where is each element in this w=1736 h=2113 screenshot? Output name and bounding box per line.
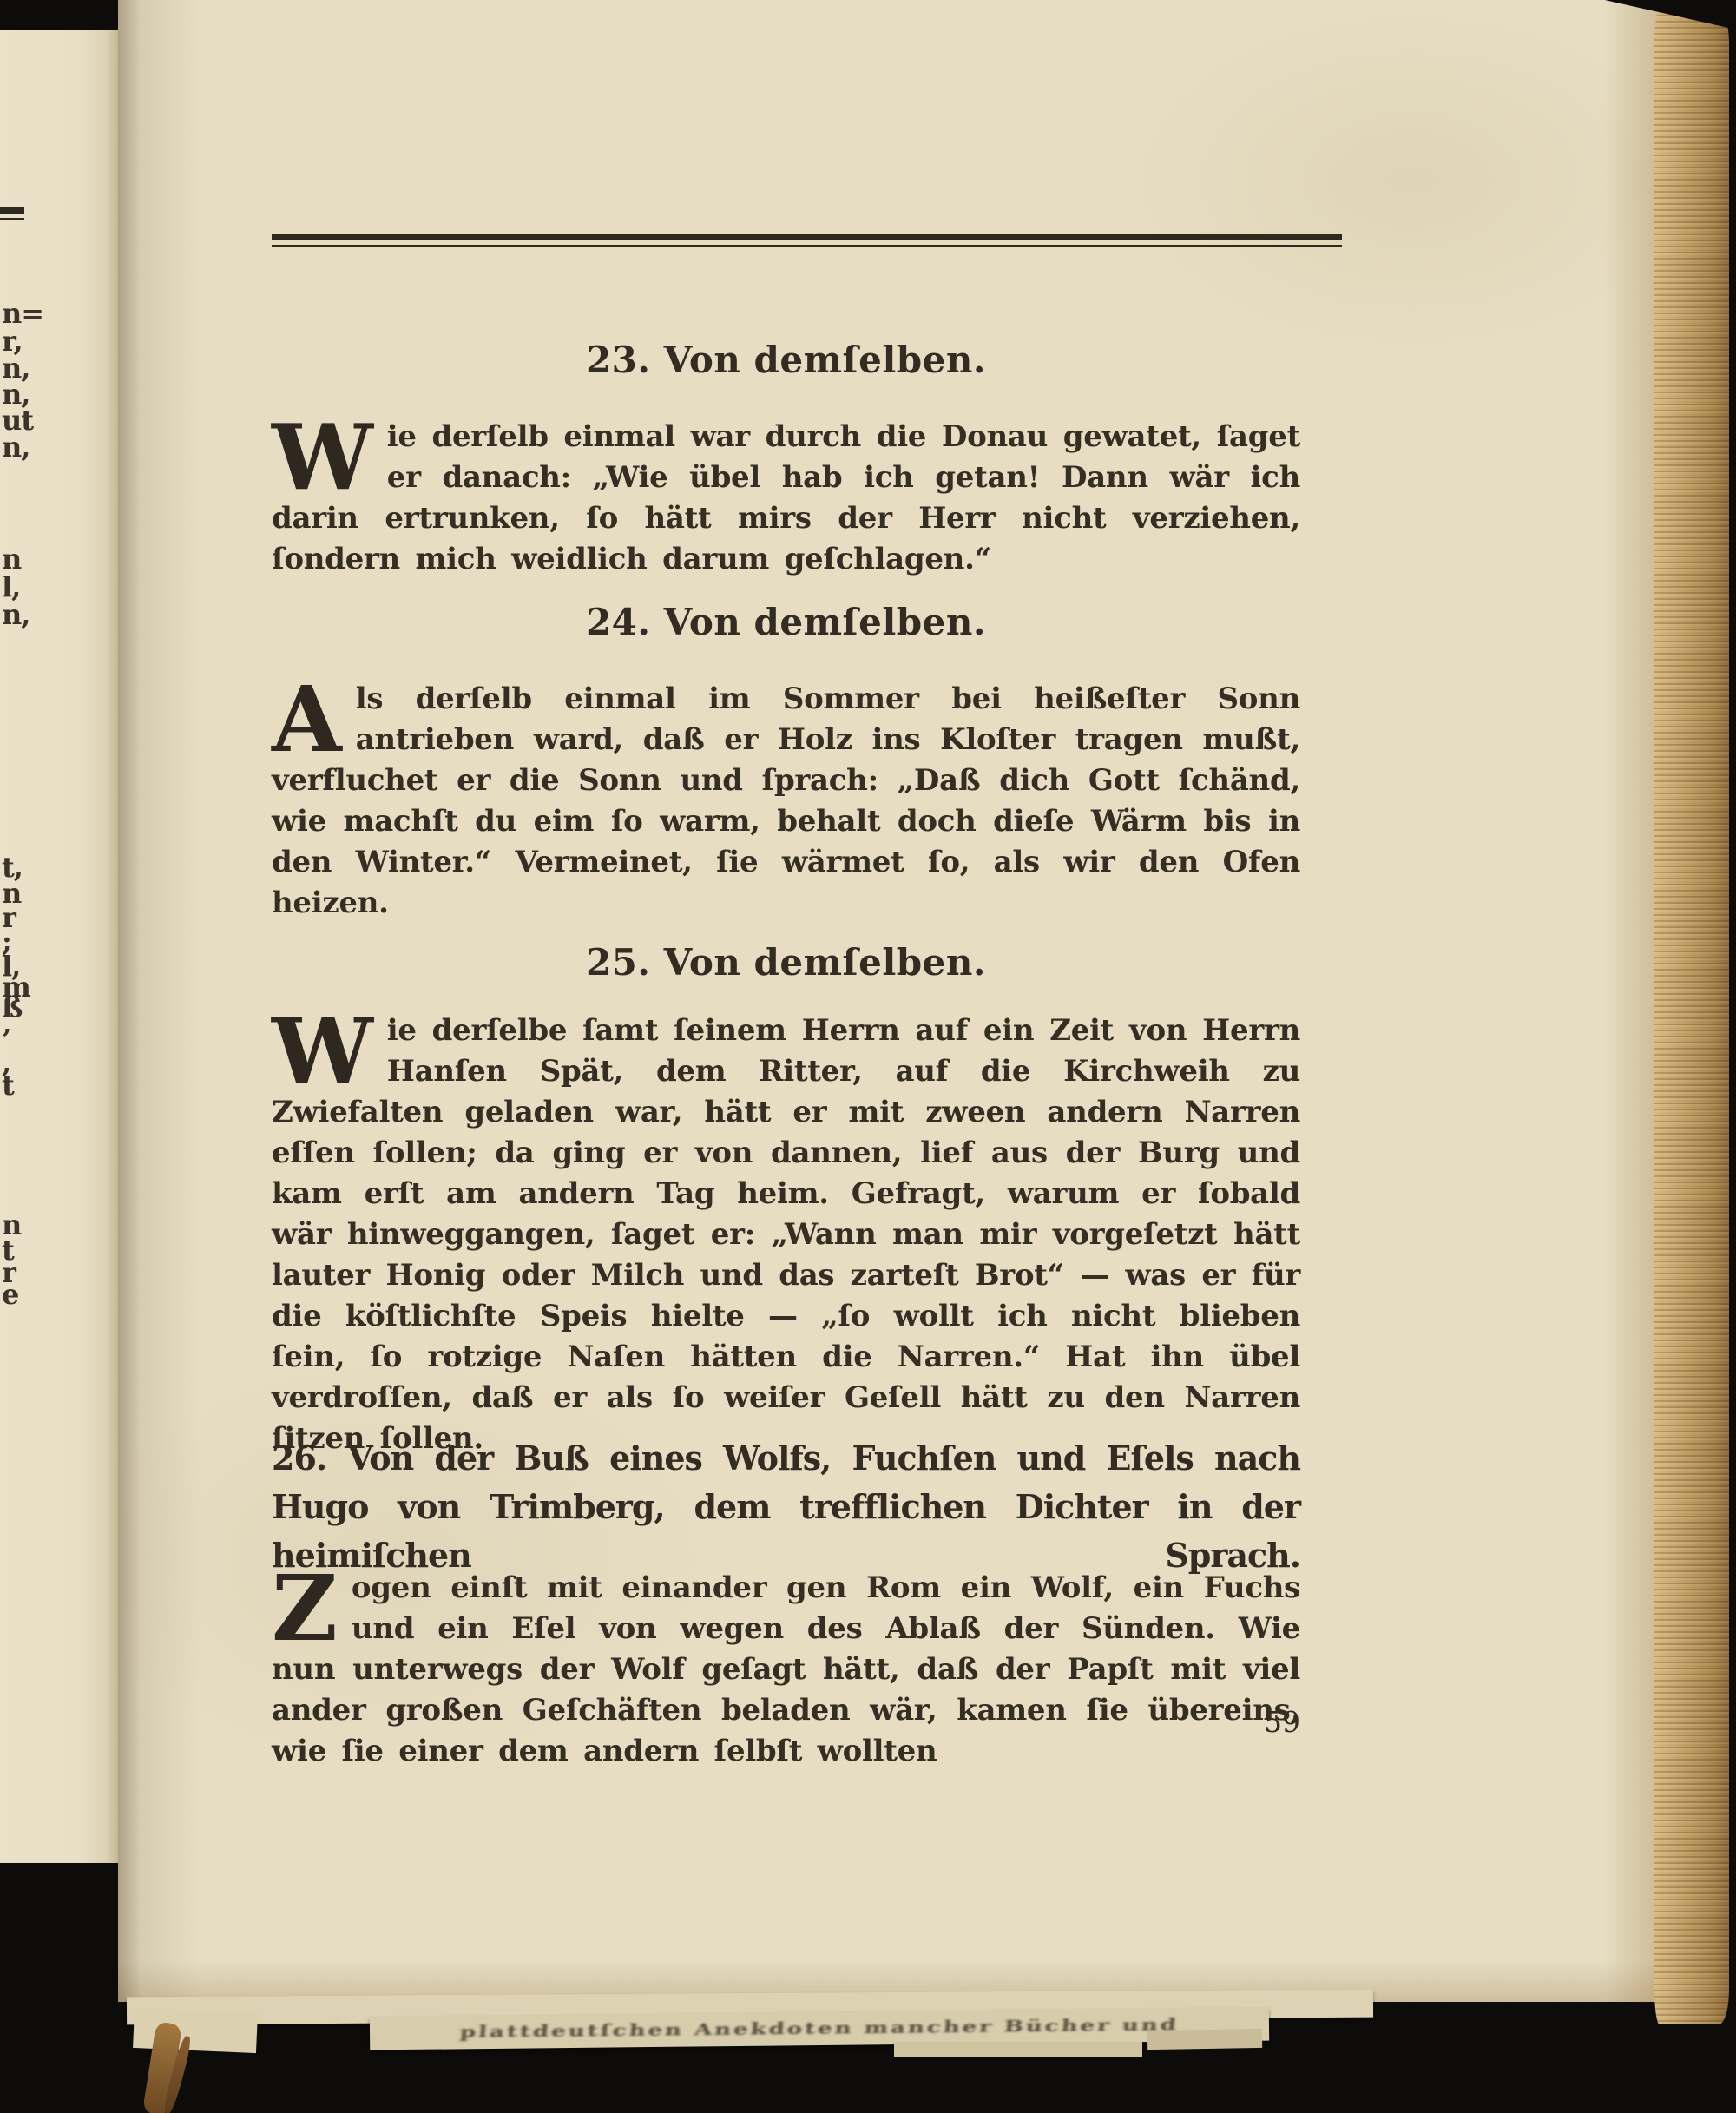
left-page-text-fragment: n=: [2, 300, 43, 327]
dropcap-initial-z: Z: [272, 1568, 352, 1644]
section-26-heading: 26. Von der Buß eines Wolfs, Fuchſen und…: [272, 1434, 1300, 1580]
bottom-page-edge: [133, 2008, 258, 2053]
dropcap-initial-w2: W: [272, 1010, 387, 1087]
left-page-text-fragment: ß: [2, 993, 22, 1021]
left-page-text-fragment: n,: [2, 601, 30, 629]
section-23-text: ie derſelb einmal war durch die Donau ge…: [272, 419, 1300, 576]
book-page: 23. Von demſelben. Wie derſelb einmal wa…: [118, 0, 1658, 2002]
page-number: 59: [272, 1705, 1300, 1739]
left-page-text-fragment: n: [2, 545, 21, 573]
dropcap-initial-a: A: [272, 679, 356, 755]
left-page-text-fragment: t: [2, 1071, 14, 1099]
book-scan: n=r,n,n,utn,nl,n,t,nr;l,mß’,tntre 23. Vo…: [0, 0, 1736, 2113]
section-25-paragraph: Wie derſelbe ſamt ſeinem Herrn auf ein Z…: [272, 1010, 1300, 1459]
bottom-edge-blurred-text: plattdeutſchen Anekdoten mancher Bücher …: [459, 2016, 1180, 2042]
section-23-paragraph: Wie derſelb einmal war durch die Donau g…: [272, 417, 1300, 580]
section-24-paragraph: Als derſelb einmal im Sommer bei heißeſt…: [272, 679, 1300, 924]
dropcap-initial-w: W: [272, 417, 387, 493]
bottom-page-edge: [894, 2042, 1142, 2057]
section-26-paragraph: Zogen einſt mit einander gen Rom ein Wol…: [272, 1568, 1300, 1772]
left-page-text-fragment: e: [2, 1280, 18, 1308]
section-23-heading: 23. Von demſelben.: [272, 339, 1300, 381]
left-page-rule-fragment: [0, 207, 24, 220]
section-25-heading: 25. Von demſelben.: [272, 942, 1300, 984]
bottom-page-edge: [1147, 2029, 1262, 2050]
page-fore-edge: [1654, 9, 1729, 2024]
left-page-text-fragment: n,: [2, 433, 30, 461]
left-page-text-fragment: l,: [2, 573, 20, 601]
section-24-heading: 24. Von demſelben.: [272, 602, 1300, 643]
left-page-edge: n=r,n,n,utn,nl,n,t,nr;l,mß’,tntre: [0, 30, 118, 1863]
section-25-text: ie derſelbe ſamt ſeinem Herrn auf ein Ze…: [272, 1013, 1300, 1456]
header-rule: [272, 234, 1342, 247]
section-24-text: ls derſelb einmal im Sommer bei heißeſte…: [272, 681, 1300, 920]
